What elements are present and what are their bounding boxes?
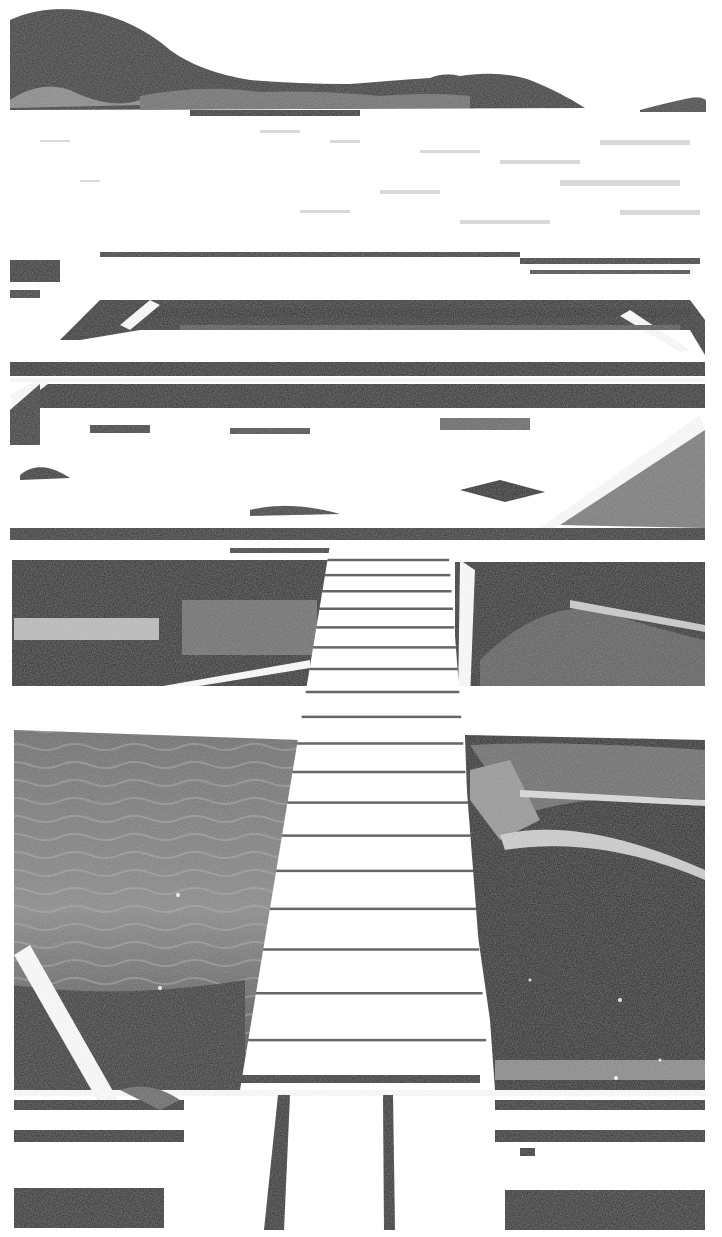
fish-farm-photograph: [0, 0, 722, 1237]
